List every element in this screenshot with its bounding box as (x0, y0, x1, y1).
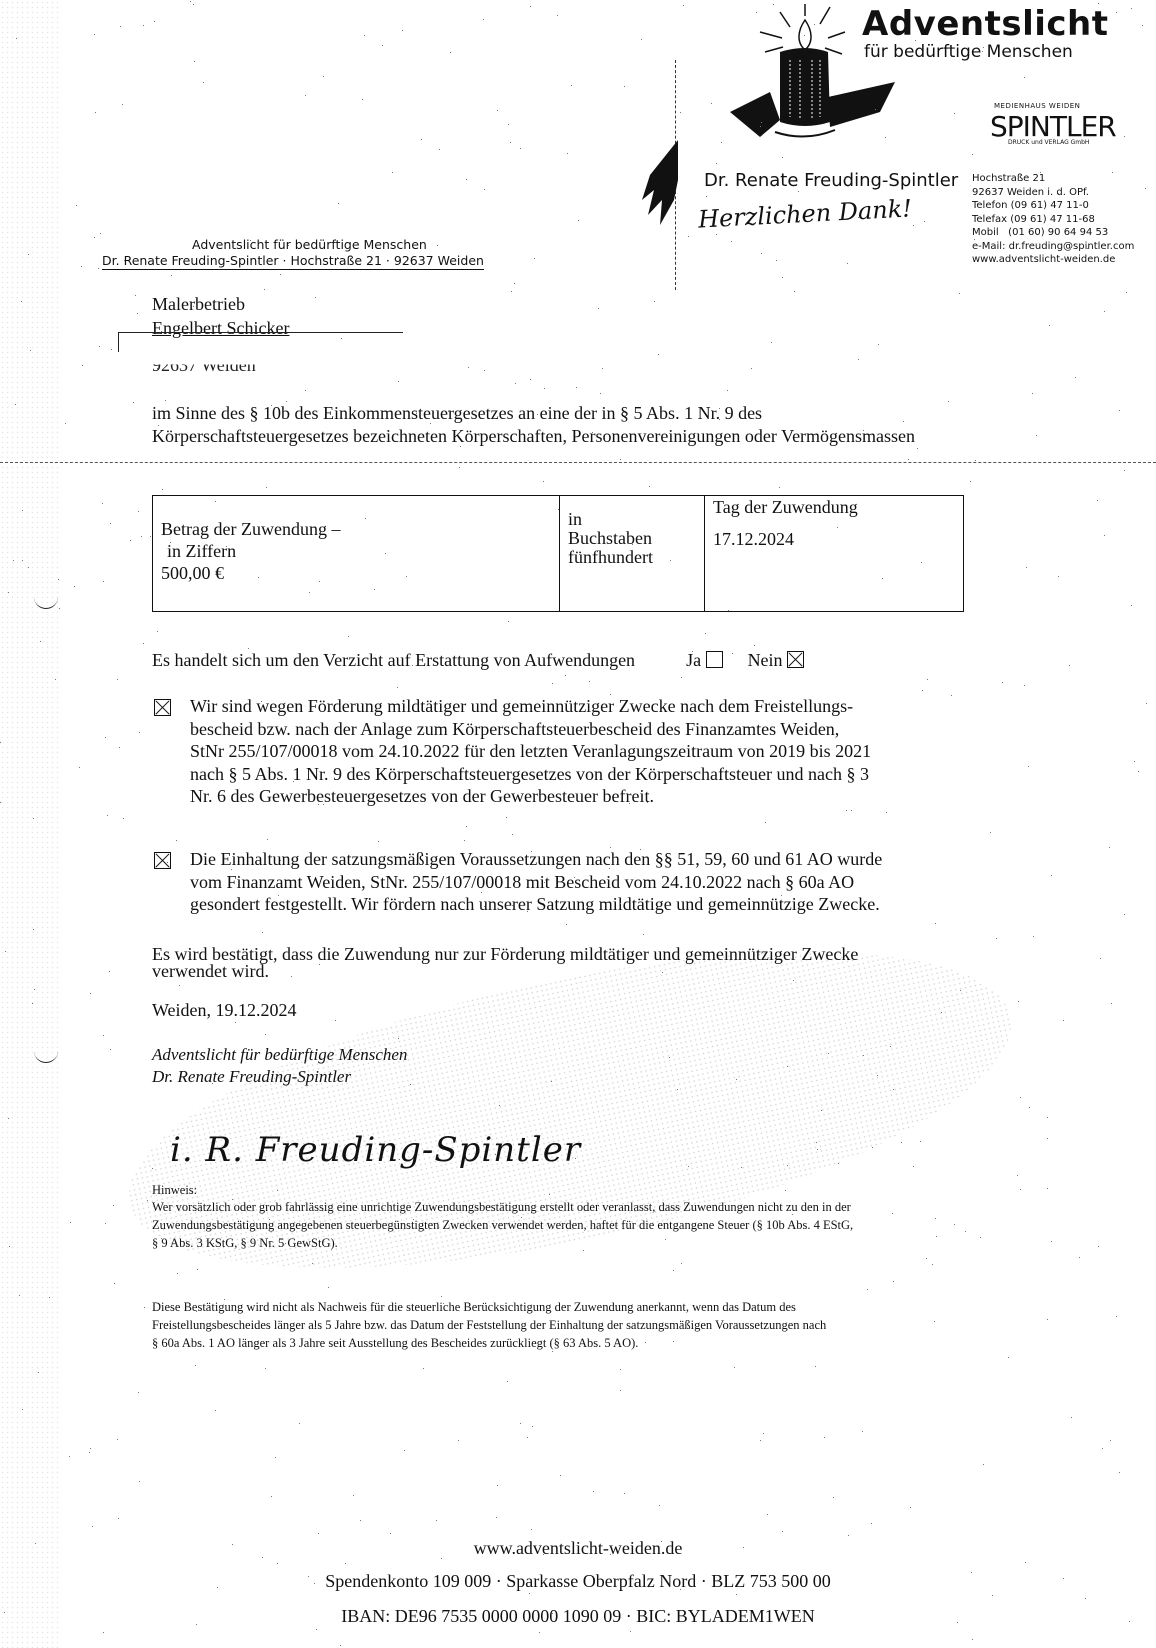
scan-speck (111, 349, 112, 350)
scan-speck (681, 677, 682, 678)
scan-speck (315, 1327, 316, 1328)
scan-speck (410, 1084, 411, 1085)
scan-speck (530, 379, 531, 380)
scan-speck (532, 1426, 533, 1427)
scan-speck (645, 1342, 646, 1343)
scan-speck (1047, 1319, 1048, 1320)
scan-speck (262, 932, 263, 933)
scan-speck (893, 1281, 894, 1282)
scan-speck (390, 1533, 391, 1534)
scan-speck (688, 1166, 689, 1167)
scan-speck (0, 742, 1, 743)
scan-speck (157, 368, 158, 369)
scan-speck (110, 523, 111, 524)
scan-speck (190, 1, 191, 2)
signature-org: Adventslicht für bedürftige Menschen (152, 1044, 407, 1066)
scan-speck (19, 1295, 20, 1296)
recipient-city: 92637 Weiden (152, 355, 256, 376)
logo-title: Adventslicht (862, 4, 1109, 44)
scan-speck (161, 1238, 162, 1239)
scan-speck (157, 631, 158, 632)
confirmation-line: verwendet wird. (152, 963, 1012, 980)
amount-label: Betrag der Zuwendung – (161, 518, 551, 540)
scan-speck (913, 225, 914, 226)
scan-speck (837, 527, 838, 528)
scan-speck (450, 52, 451, 53)
scan-speck (143, 25, 144, 26)
scan-speck (677, 1089, 678, 1090)
scan-speck (49, 1297, 50, 1298)
scan-speck (499, 1105, 500, 1106)
scan-speck (531, 851, 532, 852)
scan-speck (113, 1205, 114, 1206)
scan-speck (719, 419, 720, 420)
scan-speck (496, 1517, 497, 1518)
scan-speck (103, 1035, 104, 1036)
scan-speck (901, 1142, 902, 1143)
scan-speck (917, 448, 918, 449)
scan-speck (466, 886, 467, 887)
scan-speck (867, 1289, 868, 1290)
scan-speck (285, 1243, 286, 1244)
scan-speck (960, 990, 961, 991)
scan-speck (162, 489, 163, 490)
scan-speck (574, 877, 575, 878)
scan-speck (278, 895, 279, 896)
scan-speck (1116, 1316, 1117, 1317)
scan-speck (863, 430, 864, 431)
scan-speck (980, 1237, 981, 1238)
scan-speck (423, 1368, 424, 1369)
scan-speck (1109, 847, 1110, 848)
scan-speck (340, 1645, 341, 1646)
scan-speck (250, 240, 251, 241)
scan-speck (103, 1632, 104, 1633)
scan-speck (600, 393, 601, 394)
scan-speck (1008, 1357, 1009, 1358)
letterhead-person-name: Dr. Renate Freuding-Spintler (704, 170, 958, 191)
scan-speck (196, 1624, 197, 1625)
scan-speck (293, 781, 294, 782)
scan-speck (886, 812, 887, 813)
validity-disclaimer: Diese Bestätigung wird nicht als Nachwei… (152, 1298, 1052, 1352)
scan-speck (1032, 393, 1033, 394)
scan-speck (59, 608, 60, 609)
scan-speck (771, 342, 772, 343)
scan-speck (1142, 25, 1143, 26)
scan-speck (213, 1243, 214, 1244)
scan-speck (323, 804, 324, 805)
scan-speck (844, 178, 845, 179)
scan-speck (277, 1190, 278, 1191)
scan-speck (378, 841, 379, 842)
scan-speck (466, 179, 467, 180)
scan-speck (731, 241, 732, 242)
statement-line: Nr. 6 des Gewerbesteuergesetzes von der … (190, 785, 990, 808)
scan-speck (679, 773, 680, 774)
scan-speck (673, 1270, 674, 1271)
scan-speck (430, 423, 431, 424)
scan-speck (154, 1345, 155, 1346)
scan-speck (280, 274, 281, 275)
words-label-in: in (568, 510, 696, 529)
scan-speck (362, 99, 363, 100)
scan-speck (734, 1367, 735, 1368)
scan-speck (779, 487, 780, 488)
scan-speck (680, 112, 681, 113)
scan-speck (122, 104, 123, 105)
scan-speck (133, 402, 134, 403)
scan-speck (761, 122, 762, 123)
scan-speck (117, 1439, 118, 1440)
intro-text: im Sinne des § 10b des Einkommensteuerge… (152, 402, 952, 448)
scan-speck (398, 381, 399, 382)
scan-speck (996, 938, 997, 939)
scan-speck (924, 221, 925, 222)
scan-speck (544, 882, 545, 883)
scan-speck (521, 1217, 522, 1218)
scan-speck (506, 817, 507, 818)
scan-speck (552, 683, 553, 684)
scan-speck (602, 368, 603, 369)
spintler-logo-top: MEDIENHAUS WEIDEN (994, 102, 1080, 110)
scan-speck (89, 1452, 90, 1453)
scan-speck (92, 1526, 93, 1527)
scan-speck (264, 289, 265, 290)
scan-speck (1097, 500, 1098, 501)
scan-speck (328, 1287, 329, 1288)
scan-speck (578, 220, 579, 221)
scan-speck (1112, 172, 1113, 173)
scan-speck (658, 354, 659, 355)
scan-speck (785, 1190, 786, 1191)
sender-line-address: Dr. Renate Freuding-Spintler · Hochstraß… (102, 253, 484, 270)
scan-speck (107, 815, 108, 816)
scan-speck (736, 1079, 737, 1080)
scan-speck (0, 802, 1, 803)
scan-speck (649, 486, 650, 487)
scan-speck (773, 4, 774, 5)
scan-speck (787, 1066, 788, 1067)
scan-speck (741, 1167, 742, 1168)
scan-speck (154, 1193, 155, 1194)
scan-speck (495, 1154, 496, 1155)
handwritten-signature: i. R. Freuding-Spintler (170, 1130, 581, 1170)
scan-speck (935, 923, 936, 924)
scan-speck (640, 849, 641, 850)
confirmation-line: Es wird bestätigt, dass die Zuwendung nu… (152, 946, 1012, 963)
scan-speck (552, 1613, 553, 1614)
amount-digits-cell: Betrag der Zuwendung – in Ziffern 500,00… (153, 496, 560, 612)
scan-speck (728, 610, 729, 611)
scan-speck (144, 1307, 145, 1308)
scan-speck (312, 1263, 313, 1264)
scan-speck (102, 503, 103, 504)
statutory-requirements-checkbox[interactable] (154, 852, 171, 869)
scan-speck (782, 157, 783, 158)
scan-speck (936, 1236, 937, 1237)
scan-speck (520, 148, 521, 149)
scan-speck (170, 542, 171, 543)
scan-speck (171, 275, 172, 276)
scan-speck (711, 103, 712, 104)
scan-speck (543, 1554, 544, 1555)
scan-speck (226, 546, 227, 547)
scan-speck (95, 112, 96, 113)
scan-speck (816, 1142, 817, 1143)
scan-speck (28, 567, 29, 568)
scan-speck (365, 518, 366, 519)
scan-speck (654, 301, 655, 302)
scan-speck (974, 239, 975, 240)
scan-speck (70, 1222, 71, 1223)
scan-speck (167, 862, 168, 863)
scan-speck (673, 1341, 674, 1342)
footer-website: www.adventslicht-weiden.de (0, 1538, 1156, 1559)
scan-speck (382, 45, 383, 46)
scan-speck (858, 359, 859, 360)
scan-speck (258, 577, 259, 578)
scan-speck (624, 86, 625, 87)
scan-speck (305, 95, 306, 96)
scan-speck (711, 711, 712, 712)
scan-speck (374, 589, 375, 590)
scan-speck (1124, 136, 1125, 137)
scan-speck (920, 1141, 921, 1142)
scan-speck (1017, 1175, 1018, 1176)
scan-speck (360, 1520, 361, 1521)
scan-speck (787, 1165, 788, 1166)
scan-speck (341, 338, 342, 339)
scan-speck (833, 1497, 834, 1498)
scan-speck (1047, 1138, 1048, 1139)
scan-speck (314, 1583, 315, 1584)
scan-speck (828, 1053, 829, 1054)
scan-speck (345, 1563, 346, 1564)
scan-speck (970, 481, 971, 482)
logo-subtitle: für bedürftige Menschen (864, 42, 1073, 62)
scan-speck (232, 1544, 233, 1545)
scan-speck (659, 1505, 660, 1506)
scan-speck (838, 1163, 839, 1164)
scan-speck (460, 446, 461, 447)
scan-speck (890, 1046, 891, 1047)
scan-speck (558, 509, 559, 510)
scan-speck (1100, 958, 1101, 959)
scan-speck (90, 993, 91, 994)
scan-speck (459, 467, 460, 468)
scan-speck (441, 1296, 442, 1297)
scan-speck (361, 1346, 362, 1347)
scan-speck (248, 648, 249, 649)
scan-speck (643, 934, 644, 935)
scan-speck (280, 860, 281, 861)
scan-speck (971, 1572, 972, 1573)
scan-speck (319, 964, 320, 965)
sender-line-org: Adventslicht für bedürftige Menschen (192, 237, 427, 252)
scan-speck (983, 1464, 984, 1465)
scan-speck (484, 189, 485, 190)
scan-speck (719, 408, 720, 409)
scan-speck (761, 253, 762, 254)
scan-speck (266, 487, 267, 488)
scan-speck (743, 1547, 744, 1548)
scan-speck (318, 804, 319, 805)
waiver-no-checkbox[interactable] (787, 651, 804, 668)
scan-speck (863, 1055, 864, 1056)
scan-speck (534, 258, 535, 259)
scan-speck (1058, 193, 1059, 194)
scan-speck (872, 1147, 873, 1148)
scan-speck (560, 1475, 561, 1476)
scan-speck (624, 1493, 625, 1494)
scan-speck (215, 501, 216, 502)
scan-speck (669, 1057, 670, 1058)
scan-speck (934, 1321, 935, 1322)
scan-speck (348, 636, 349, 637)
scan-speck (123, 818, 124, 819)
scan-speck (22, 560, 23, 561)
scan-speck (610, 694, 611, 695)
scan-speck (286, 795, 287, 796)
scan-speck (793, 980, 794, 981)
scan-speck (583, 1250, 584, 1251)
scan-speck (138, 511, 139, 512)
scan-speck (397, 687, 398, 688)
scan-speck (794, 291, 795, 292)
amount-label-digits: in Ziffern (161, 540, 551, 562)
scan-speck (497, 1485, 498, 1486)
scan-speck (851, 810, 852, 811)
contact-street: Hochstraße 21 (972, 172, 1134, 186)
scan-speck (681, 1263, 682, 1264)
scan-speck (799, 220, 800, 221)
scan-speck (926, 1258, 927, 1259)
scan-speck (1111, 1003, 1112, 1004)
contact-phone: Telefon (09 61) 47 11-0 (972, 199, 1134, 213)
scan-speck (527, 1437, 528, 1438)
scan-speck (232, 1199, 233, 1200)
amount-words-cell: in Buchstaben fünfhundert (560, 496, 705, 612)
scan-speck (74, 586, 75, 587)
scan-speck (150, 536, 151, 537)
scan-speck (782, 277, 783, 278)
scan-speck (641, 39, 642, 40)
scan-speck (338, 203, 339, 204)
scan-speck (530, 6, 531, 7)
scan-speck (22, 1409, 23, 1410)
scan-speck (1102, 1448, 1103, 1449)
scan-speck (316, 1629, 317, 1630)
scan-speck (892, 1213, 893, 1214)
scan-speck (908, 459, 909, 460)
scan-speck (179, 985, 180, 986)
scan-speck (954, 113, 955, 114)
scan-speck (119, 747, 120, 748)
scan-speck (552, 1351, 553, 1352)
waiver-yes-label: Ja (686, 650, 701, 670)
scan-speck (511, 291, 512, 292)
scan-speck (972, 1639, 973, 1640)
scan-speck (103, 581, 104, 582)
scan-speck (22, 510, 23, 511)
scan-speck (871, 1523, 872, 1524)
scan-speck (35, 1543, 36, 1544)
scan-speck (114, 1283, 115, 1284)
scan-speck (98, 268, 99, 269)
scan-speck (721, 142, 722, 143)
scan-speck (8, 592, 9, 593)
scan-speck (82, 365, 83, 366)
scan-speck (512, 905, 513, 906)
scan-speck (99, 346, 100, 347)
scan-speck (484, 370, 485, 371)
scan-speck (760, 1440, 761, 1441)
scan-speck (141, 536, 142, 537)
scan-speck (798, 191, 799, 192)
scan-speck (139, 1481, 140, 1482)
scan-speck (821, 1110, 822, 1111)
scan-speck (705, 633, 706, 634)
scan-speck (76, 205, 77, 206)
scan-speck (875, 109, 876, 110)
scan-speck (1126, 292, 1127, 293)
statutory-requirements-statement: Die Einhaltung der satzungsmäßigen Vorau… (152, 848, 1050, 916)
scan-speck (38, 1372, 39, 1373)
scan-speck (542, 726, 543, 727)
scan-speck (315, 297, 316, 298)
words-label: Buchstaben (568, 529, 696, 548)
scan-speck (571, 85, 572, 86)
waiver-yes-checkbox[interactable] (706, 651, 723, 668)
scan-speck (437, 245, 438, 246)
scan-speck (965, 1231, 966, 1232)
scan-speck (412, 665, 413, 666)
scan-speck (117, 679, 118, 680)
scan-speck (804, 35, 805, 36)
scan-speck (1075, 377, 1076, 378)
scan-speck (105, 737, 106, 738)
date-label: Tag der Zuwendung (713, 496, 955, 518)
scan-speck (265, 1034, 266, 1035)
scan-speck (118, 1518, 119, 1519)
scan-speck (286, 401, 287, 402)
tax-exemption-checkbox[interactable] (154, 699, 171, 716)
scan-speck (760, 126, 761, 127)
scan-speck (1024, 77, 1025, 78)
scan-speck (858, 217, 859, 218)
scan-speck (33, 929, 34, 930)
scan-speck (763, 1433, 764, 1434)
scan-speck (824, 1437, 825, 1438)
scan-speck (413, 1219, 414, 1220)
scan-speck (560, 413, 561, 414)
scan-speck (165, 400, 166, 401)
scan-speck (910, 1507, 911, 1508)
scan-speck (765, 822, 766, 823)
scan-speck (130, 540, 131, 541)
scan-speck (138, 1392, 139, 1393)
scan-speck (109, 971, 110, 972)
signature-block: Adventslicht für bedürftige Menschen Dr.… (152, 1044, 407, 1088)
scan-speck (549, 1194, 550, 1195)
scan-speck (846, 810, 847, 811)
scan-speck (90, 1448, 91, 1449)
scan-speck (94, 237, 95, 238)
waiver-question: Es handelt sich um den Verzicht auf Erst… (152, 650, 804, 671)
scan-speck (436, 1520, 437, 1521)
donation-date-cell: Tag der Zuwendung 17.12.2024 (705, 496, 964, 612)
